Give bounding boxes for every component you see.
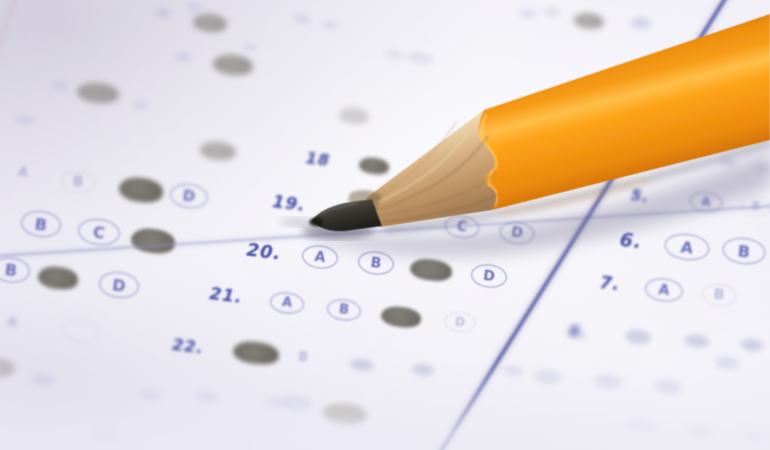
pencil [0,0,770,450]
tip-shadow-ahead [280,217,312,227]
pencil-wood [366,110,496,227]
answer-sheet-photo: ABDBCBDA1819.CD20.ABD21.ABD22.B5.AB6.AB7… [0,0,770,450]
pencil-graphite-tip [311,199,382,231]
graphite-point [309,218,323,227]
